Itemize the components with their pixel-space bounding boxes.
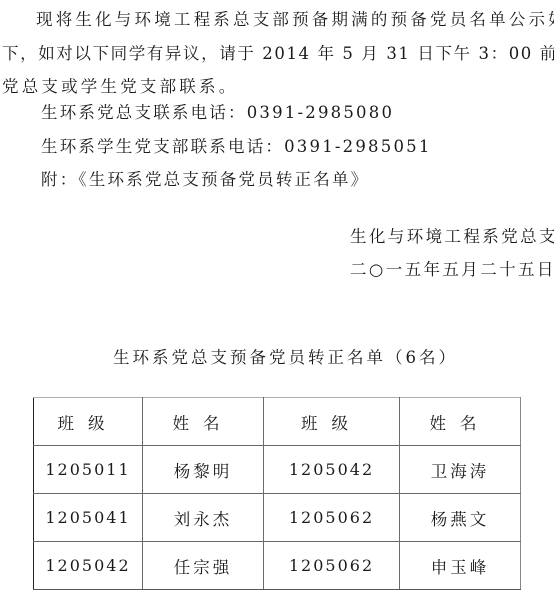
class-cell: 1205042	[34, 542, 143, 590]
name-cell: 卫海涛	[400, 446, 521, 494]
class-cell: 1205042	[264, 446, 400, 494]
attachment-line: 附：《生环系党总支预备党员转正名单》	[41, 166, 369, 190]
member-table: 班级 姓名 班级 姓名 1205011 杨黎明 1205042 卫海涛 1205…	[33, 397, 521, 590]
name-cell: 刘永杰	[143, 494, 264, 542]
name-cell: 任宗强	[143, 542, 264, 590]
header-class-1: 班级	[34, 398, 143, 446]
header-class-2: 班级	[264, 398, 400, 446]
header-name-1: 姓名	[143, 398, 264, 446]
table-header-row: 班级 姓名 班级 姓名	[34, 398, 521, 446]
branch-phone-line: 生环系党总支联系电话：0391-2985080	[41, 99, 394, 123]
list-title: 生环系党总支预备党员转正名单（6名）	[113, 344, 458, 368]
notice-paragraph-line-2: 下，如对以下同学有异议，请于 2014 年 5 月 31 日下午 3：00 前与…	[2, 40, 554, 64]
notice-paragraph-line-3: 党总支或学生党支部联系。	[2, 73, 238, 97]
table-row: 1205011 杨黎明 1205042 卫海涛	[34, 446, 521, 494]
name-cell: 申玉峰	[400, 542, 521, 590]
class-cell: 1205011	[34, 446, 143, 494]
class-cell: 1205041	[34, 494, 143, 542]
class-cell: 1205062	[264, 542, 400, 590]
class-cell: 1205062	[264, 494, 400, 542]
student-branch-phone-line: 生环系学生党支部联系电话：0391-2985051	[41, 133, 432, 157]
signature-organization: 生化与环境工程系党总支	[350, 223, 554, 247]
header-name-2: 姓名	[400, 398, 521, 446]
name-cell: 杨燕文	[400, 494, 521, 542]
notice-paragraph-line-1: 现将生化与环境工程系总支部预备期满的预备党员名单公示如	[36, 6, 554, 30]
table-row: 1205041 刘永杰 1205062 杨燕文	[34, 494, 521, 542]
signature-date: 二○一五年五月二十五日	[350, 256, 554, 280]
name-cell: 杨黎明	[143, 446, 264, 494]
table-row: 1205042 任宗强 1205062 申玉峰	[34, 542, 521, 590]
